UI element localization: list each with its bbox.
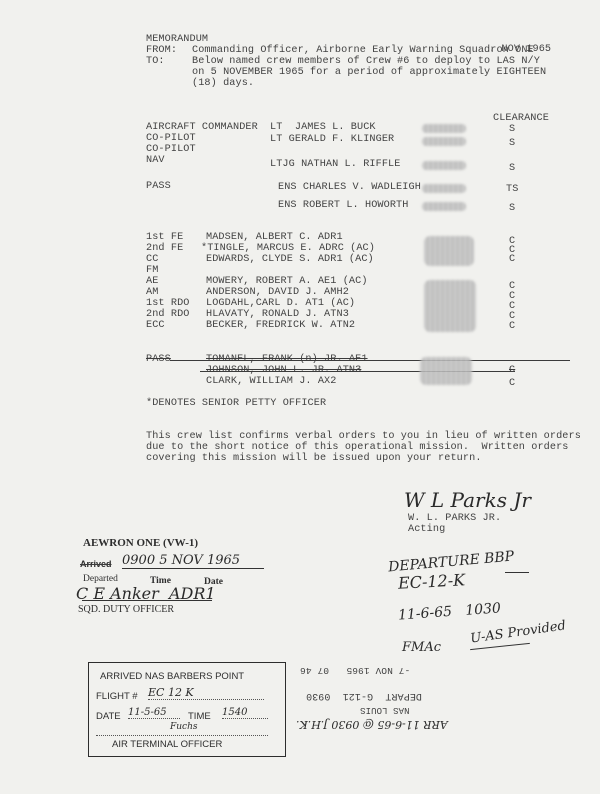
squadron-stamp-title: AEWRON ONE (VW-1)	[83, 537, 198, 549]
body-line-3: covering this mission will be issued upo…	[146, 453, 482, 464]
duty-officer-label: SQD. DUTY OFFICER	[78, 604, 174, 615]
memorandum-page: MEMORANDUM . NOV 1965 FROM: Commanding O…	[0, 0, 600, 794]
terminal-officer-initials: Fuchs	[170, 722, 198, 732]
body-line-1: This crew list confirms verbal orders to…	[146, 431, 581, 442]
officer-role: CO-PILOT	[146, 144, 196, 155]
enlisted-role: CC	[146, 254, 158, 265]
arrived-label: Arrived	[80, 559, 112, 569]
officer-clearance: S	[509, 138, 515, 149]
officer-name: LTJG NATHAN L. RIFFLE	[270, 159, 400, 170]
redaction-bar	[422, 124, 466, 133]
enlisted-role: AE	[146, 276, 158, 287]
enlisted-name: *TINGLE, MARCUS E. ADRC (AC)	[201, 243, 375, 254]
officer-name: LT JAMES L. BUCK	[270, 122, 376, 133]
signature-line	[82, 600, 212, 601]
officer-signature-line	[96, 735, 268, 736]
redaction-bar	[422, 137, 466, 146]
enlisted-role: 1st FE	[146, 232, 183, 243]
officer-name: ENS ROBERT L. HOWORTH	[278, 200, 408, 211]
clearance-header: CLEARANCE	[493, 113, 549, 124]
flight-label: FLIGHT #	[96, 691, 138, 702]
enlisted-name: MADSEN, ALBERT C. ADR1	[206, 232, 343, 243]
handwritten-date-time: 11-6-65 1030	[398, 600, 502, 623]
enlisted-name: MOWERY, ROBERT A. AE1 (AC)	[206, 276, 368, 287]
enlisted-role: 2nd FE	[146, 243, 183, 254]
arrived-value: 0900 5 NOV 1965	[122, 553, 264, 569]
enlisted-clearance: C	[509, 321, 515, 332]
arrival-stamp-title: ARRIVED NAS BARBERS POINT	[100, 671, 244, 682]
signature-scrawl: W L Parks Jr	[404, 488, 531, 512]
redaction-block	[420, 357, 472, 385]
redaction-bar	[422, 202, 466, 211]
enlisted-name: EDWARDS, CLYDE S. ADR1 (AC)	[206, 254, 374, 265]
to-line-2: on 5 NOVEMBER 1965 for a period of appro…	[192, 67, 546, 78]
enlisted-name: HLAVATY, RONALD J. ATN3	[206, 309, 349, 320]
inverted-location-stamp: NAS LOUIS	[360, 704, 410, 715]
redaction-bar	[422, 184, 466, 193]
enlisted-role: 2nd RDO	[146, 309, 190, 320]
enlisted-name: BECKER, FREDRICK W. ATN2	[206, 320, 355, 331]
arrival-date-value: 11-5-65	[128, 707, 180, 719]
officer-clearance: S	[509, 124, 515, 135]
enlisted-role: FM	[146, 265, 158, 276]
redaction-bar	[422, 161, 466, 170]
inverted-date-stamp: -7 NOV 1965 07 46	[300, 665, 410, 676]
officer-name: ENS CHARLES V. WADLEIGH	[278, 182, 421, 193]
arrival-time-label: TIME	[188, 711, 211, 722]
officer-role: NAV	[146, 155, 165, 166]
to-line-3: (18) days.	[192, 78, 254, 89]
enlisted-clearance: C	[509, 254, 515, 265]
handwritten-note: U-AS Provided	[469, 618, 566, 646]
officer-name: LT GERALD F. KLINGER	[270, 134, 394, 145]
from-label: FROM:	[146, 45, 177, 56]
enlisted-role: ECC	[146, 320, 165, 331]
strike-through-line	[170, 360, 570, 361]
handwritten-flight: EC-12-K	[398, 570, 466, 592]
passenger-clearance-struck: C	[509, 365, 515, 376]
officer-clearance: TS	[506, 184, 518, 195]
enlisted-role: 1st RDO	[146, 298, 190, 309]
underline	[505, 572, 529, 573]
air-terminal-officer-label: AIR TERMINAL OFFICER	[112, 739, 222, 750]
arrival-date-label: DATE	[96, 711, 121, 722]
passenger-clearance: C	[509, 378, 515, 389]
passenger-role: PASS	[146, 354, 171, 365]
enlisted-name: ANDERSON, DAVID J. AMH2	[206, 287, 349, 298]
departed-label: Departed	[83, 574, 118, 584]
officer-clearance: S	[509, 163, 515, 174]
flight-value: EC 12 K	[148, 686, 264, 700]
enlisted-role: AM	[146, 287, 158, 298]
officer-role: CO-PILOT	[146, 133, 196, 144]
enlisted-name: LOGDAHL,CARL D. AT1 (AC)	[206, 298, 355, 309]
officer-clearance: S	[509, 203, 515, 214]
memo-heading: MEMORANDUM	[146, 34, 208, 45]
inverted-depart-stamp: DEPART G-121 0930	[306, 690, 422, 701]
officer-role: PASS	[146, 181, 171, 192]
from-text: Commanding Officer, Airborne Early Warni…	[192, 45, 534, 56]
to-line-1: Below named crew members of Crew #6 to d…	[192, 56, 540, 67]
passenger-name: CLARK, WILLIAM J. AX2	[206, 376, 336, 387]
footnote: *DENOTES SENIOR PETTY OFFICER	[146, 398, 326, 409]
to-label: TO:	[146, 56, 165, 67]
arrival-time-value: 1540	[222, 707, 268, 719]
signer-title: Acting	[408, 524, 445, 535]
redaction-block	[424, 280, 476, 332]
body-line-2: due to the short notice of this operatio…	[146, 442, 569, 453]
inverted-arrival-note: ARR 11-6-65 @ 0930 J.H.K.	[296, 718, 448, 731]
handwritten-initials: FMAc	[402, 640, 441, 655]
officer-role: AIRCRAFT COMMANDER	[146, 122, 258, 133]
redaction-block	[424, 236, 474, 266]
signer-name: W. L. PARKS JR.	[408, 513, 501, 524]
